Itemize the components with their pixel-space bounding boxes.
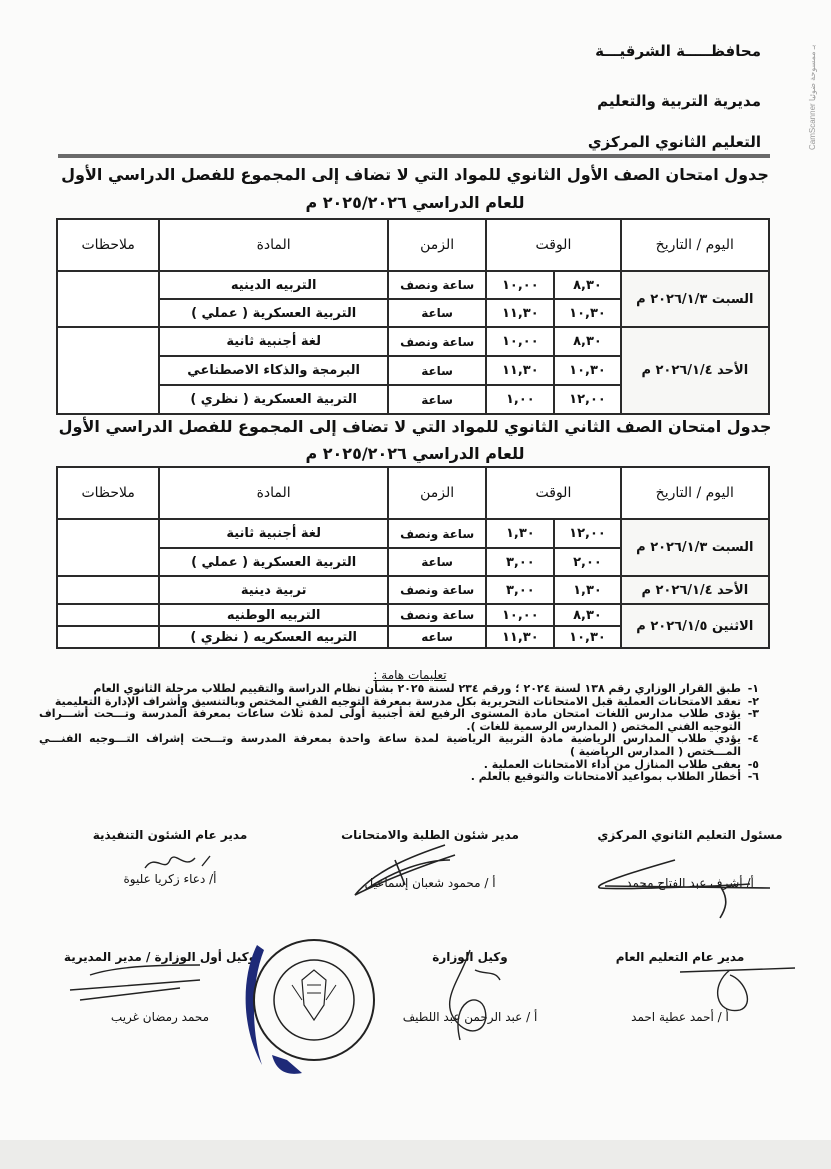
schedule2-title: جدول امتحان الصف الثاني الثانوي للمواد ا… (40, 417, 790, 436)
instruction-item: ٣- يؤدى طلاب مدارس اللغات امتحان مادة ال… (39, 708, 759, 733)
instruction-number: ١- (741, 683, 759, 696)
start-time: ٨,٣٠ (554, 271, 620, 299)
table-row: الأحد ٢٠٢٦/١/٤ م ١,٣٠ ٣,٠٠ ساعة ونصف ترب… (57, 576, 769, 604)
duration: ساعة ونصف (388, 271, 486, 299)
start-time: ١٠,٣٠ (554, 299, 620, 327)
end-time: ١٠,٠٠ (486, 327, 554, 356)
schedule2-table: اليوم / التاريخ الوقت الزمن المادة ملاحظ… (56, 466, 770, 649)
end-time: ١,٣٠ (486, 519, 554, 548)
end-time: ٣,٠٠ (486, 548, 554, 576)
col-subject: المادة (159, 467, 388, 519)
handwritten-signature-icon (580, 850, 780, 920)
notes-cell (57, 327, 159, 414)
col-notes: ملاحظات (57, 467, 159, 519)
start-time: ١,٣٠ (554, 576, 620, 604)
start-time: ١٠,٣٠ (554, 356, 620, 385)
schedule2-subtitle: للعام الدراسي ٢٠٢٥/٢٠٢٦ م (40, 444, 790, 463)
handwritten-signature-icon (430, 940, 520, 1050)
start-time: ١٢,٠٠ (554, 385, 620, 414)
handwritten-signature-icon (140, 848, 220, 876)
day-cell: السبت ٢٠٢٦/١/٣ م (621, 519, 769, 576)
col-notes: ملاحظات (57, 219, 159, 271)
header-directorate: مديرية التربية والتعليم (597, 92, 761, 110)
instruction-number: ٤- (741, 733, 759, 758)
signatory-role: مسئول التعليم الثانوي المركزي (580, 828, 800, 842)
instruction-number: ٣- (741, 708, 759, 733)
notes-cell (57, 576, 159, 604)
table-header-row: اليوم / التاريخ الوقت الزمن المادة ملاحظ… (57, 467, 769, 519)
end-time: ٣,٠٠ (486, 576, 554, 604)
instructions-title: تعليمات هامة : (340, 668, 480, 682)
start-time: ٨,٣٠ (554, 327, 620, 356)
scanner-watermark: CamScanner بـ ممسوحة ضوئيا (808, 30, 828, 150)
notes-cell (57, 271, 159, 327)
col-duration: الزمن (388, 219, 486, 271)
day-cell: السبت ٢٠٢٦/١/٣ م (621, 271, 769, 327)
handwritten-signature-icon (335, 840, 465, 910)
header-divider (58, 154, 770, 158)
schedule1-title: جدول امتحان الصف الأول الثانوي للمواد ال… (40, 165, 790, 184)
subject: البرمجة والذكاء الاصطناعي (159, 356, 388, 385)
document-page: CamScanner بـ ممسوحة ضوئيا محافظـــــة ا… (0, 0, 831, 1169)
subject: تربية دينية (159, 576, 388, 604)
col-day-date: اليوم / التاريخ (621, 219, 769, 271)
schedule1-subtitle: للعام الدراسي ٢٠٢٥/٢٠٢٦ م (40, 193, 790, 212)
table-row: الأحد ٢٠٢٦/١/٤ م ٨,٣٠ ١٠,٠٠ ساعة ونصف لغ… (57, 327, 769, 356)
table-row: السبت ٢٠٢٦/١/٣ م ٨,٣٠ ١٠,٠٠ ساعة ونصف ال… (57, 271, 769, 299)
start-time: ١٠,٣٠ (554, 626, 620, 648)
instructions-list: ١- طبق القرار الوزاري رقم ١٣٨ لسنة ٢٠٢٤ … (39, 683, 759, 784)
start-time: ٢,٠٠ (554, 548, 620, 576)
col-time: الوقت (486, 467, 620, 519)
instruction-text: طبق القرار الوزاري رقم ١٣٨ لسنة ٢٠٢٤ ؛ و… (39, 683, 741, 696)
instruction-item: ٤- يؤدي طلاب المدارس الرياضية مادة الترب… (39, 733, 759, 758)
day-cell: الأحد ٢٠٢٦/١/٤ م (621, 576, 769, 604)
duration: ساعة (388, 356, 486, 385)
end-time: ١٠,٠٠ (486, 271, 554, 299)
subject: لغة أجنبية ثانية (159, 519, 388, 548)
notes-cell (57, 604, 159, 626)
duration: ساعة ونصف (388, 519, 486, 548)
duration: ساعة ونصف (388, 327, 486, 356)
official-stamp-icon (232, 925, 382, 1080)
schedule1-table: اليوم / التاريخ الوقت الزمن المادة ملاحظ… (56, 218, 770, 415)
instruction-number: ٦- (741, 771, 759, 784)
signatory-name: محمد رمضان غريب (60, 1010, 260, 1024)
duration: ساعة ونصف (388, 604, 486, 626)
duration: ساعة ونصف (388, 576, 486, 604)
notes-cell (57, 626, 159, 648)
end-time: ١١,٣٠ (486, 626, 554, 648)
duration: ساعة (388, 385, 486, 414)
handwritten-signature-icon (670, 960, 800, 1020)
subject: التربية العسكرية ( عملي ) (159, 299, 388, 327)
col-day-date: اليوم / التاريخ (621, 467, 769, 519)
start-time: ٨,٣٠ (554, 604, 620, 626)
subject: التربيه العسكريه ( نظري ) (159, 626, 388, 648)
scan-bottom-edge (0, 1140, 831, 1169)
subject: لغة أجنبية ثانية (159, 327, 388, 356)
duration: ساعة (388, 299, 486, 327)
instruction-item: ٦- أخطار الطلاب بمواعيد الامتحانات والتو… (39, 771, 759, 784)
header-governorate: محافظـــــة الشرقيـــة (595, 42, 761, 60)
duration: ساعة (388, 548, 486, 576)
subject: التربيه الدينيه (159, 271, 388, 299)
subject: التربية العسكرية ( نظري ) (159, 385, 388, 414)
table-header-row: اليوم / التاريخ الوقت الزمن المادة ملاحظ… (57, 219, 769, 271)
col-time: الوقت (486, 219, 620, 271)
table-row: السبت ٢٠٢٦/١/٣ م ١٢,٠٠ ١,٣٠ ساعة ونصف لغ… (57, 519, 769, 548)
instruction-item: ١- طبق القرار الوزاري رقم ١٣٨ لسنة ٢٠٢٤ … (39, 683, 759, 696)
col-duration: الزمن (388, 467, 486, 519)
subject: التربيه الوطنيه (159, 604, 388, 626)
day-cell: الاثنين ٢٠٢٦/١/٥ م (621, 604, 769, 648)
end-time: ١,٠٠ (486, 385, 554, 414)
signatory-role: مدير عام الشئون التنفيذية (60, 828, 280, 842)
notes-cell (57, 519, 159, 576)
instruction-text: يؤدي طلاب المدارس الرياضية مادة التربية … (39, 733, 741, 758)
header-department: التعليم الثانوي المركزي (588, 133, 761, 151)
instruction-text: يؤدى طلاب مدارس اللغات امتحان مادة المست… (39, 708, 741, 733)
handwritten-signature-icon (60, 960, 220, 1010)
end-time: ١٠,٠٠ (486, 604, 554, 626)
end-time: ١١,٣٠ (486, 299, 554, 327)
subject: التربية العسكرية ( عملي ) (159, 548, 388, 576)
instruction-text: أخطار الطلاب بمواعيد الامتحانات والتوقيع… (39, 771, 741, 784)
table-row: الاثنين ٢٠٢٦/١/٥ م ٨,٣٠ ١٠,٠٠ ساعة ونصف … (57, 604, 769, 626)
day-cell: الأحد ٢٠٢٦/١/٤ م (621, 327, 769, 414)
end-time: ١١,٣٠ (486, 356, 554, 385)
col-subject: المادة (159, 219, 388, 271)
start-time: ١٢,٠٠ (554, 519, 620, 548)
duration: ساعه (388, 626, 486, 648)
